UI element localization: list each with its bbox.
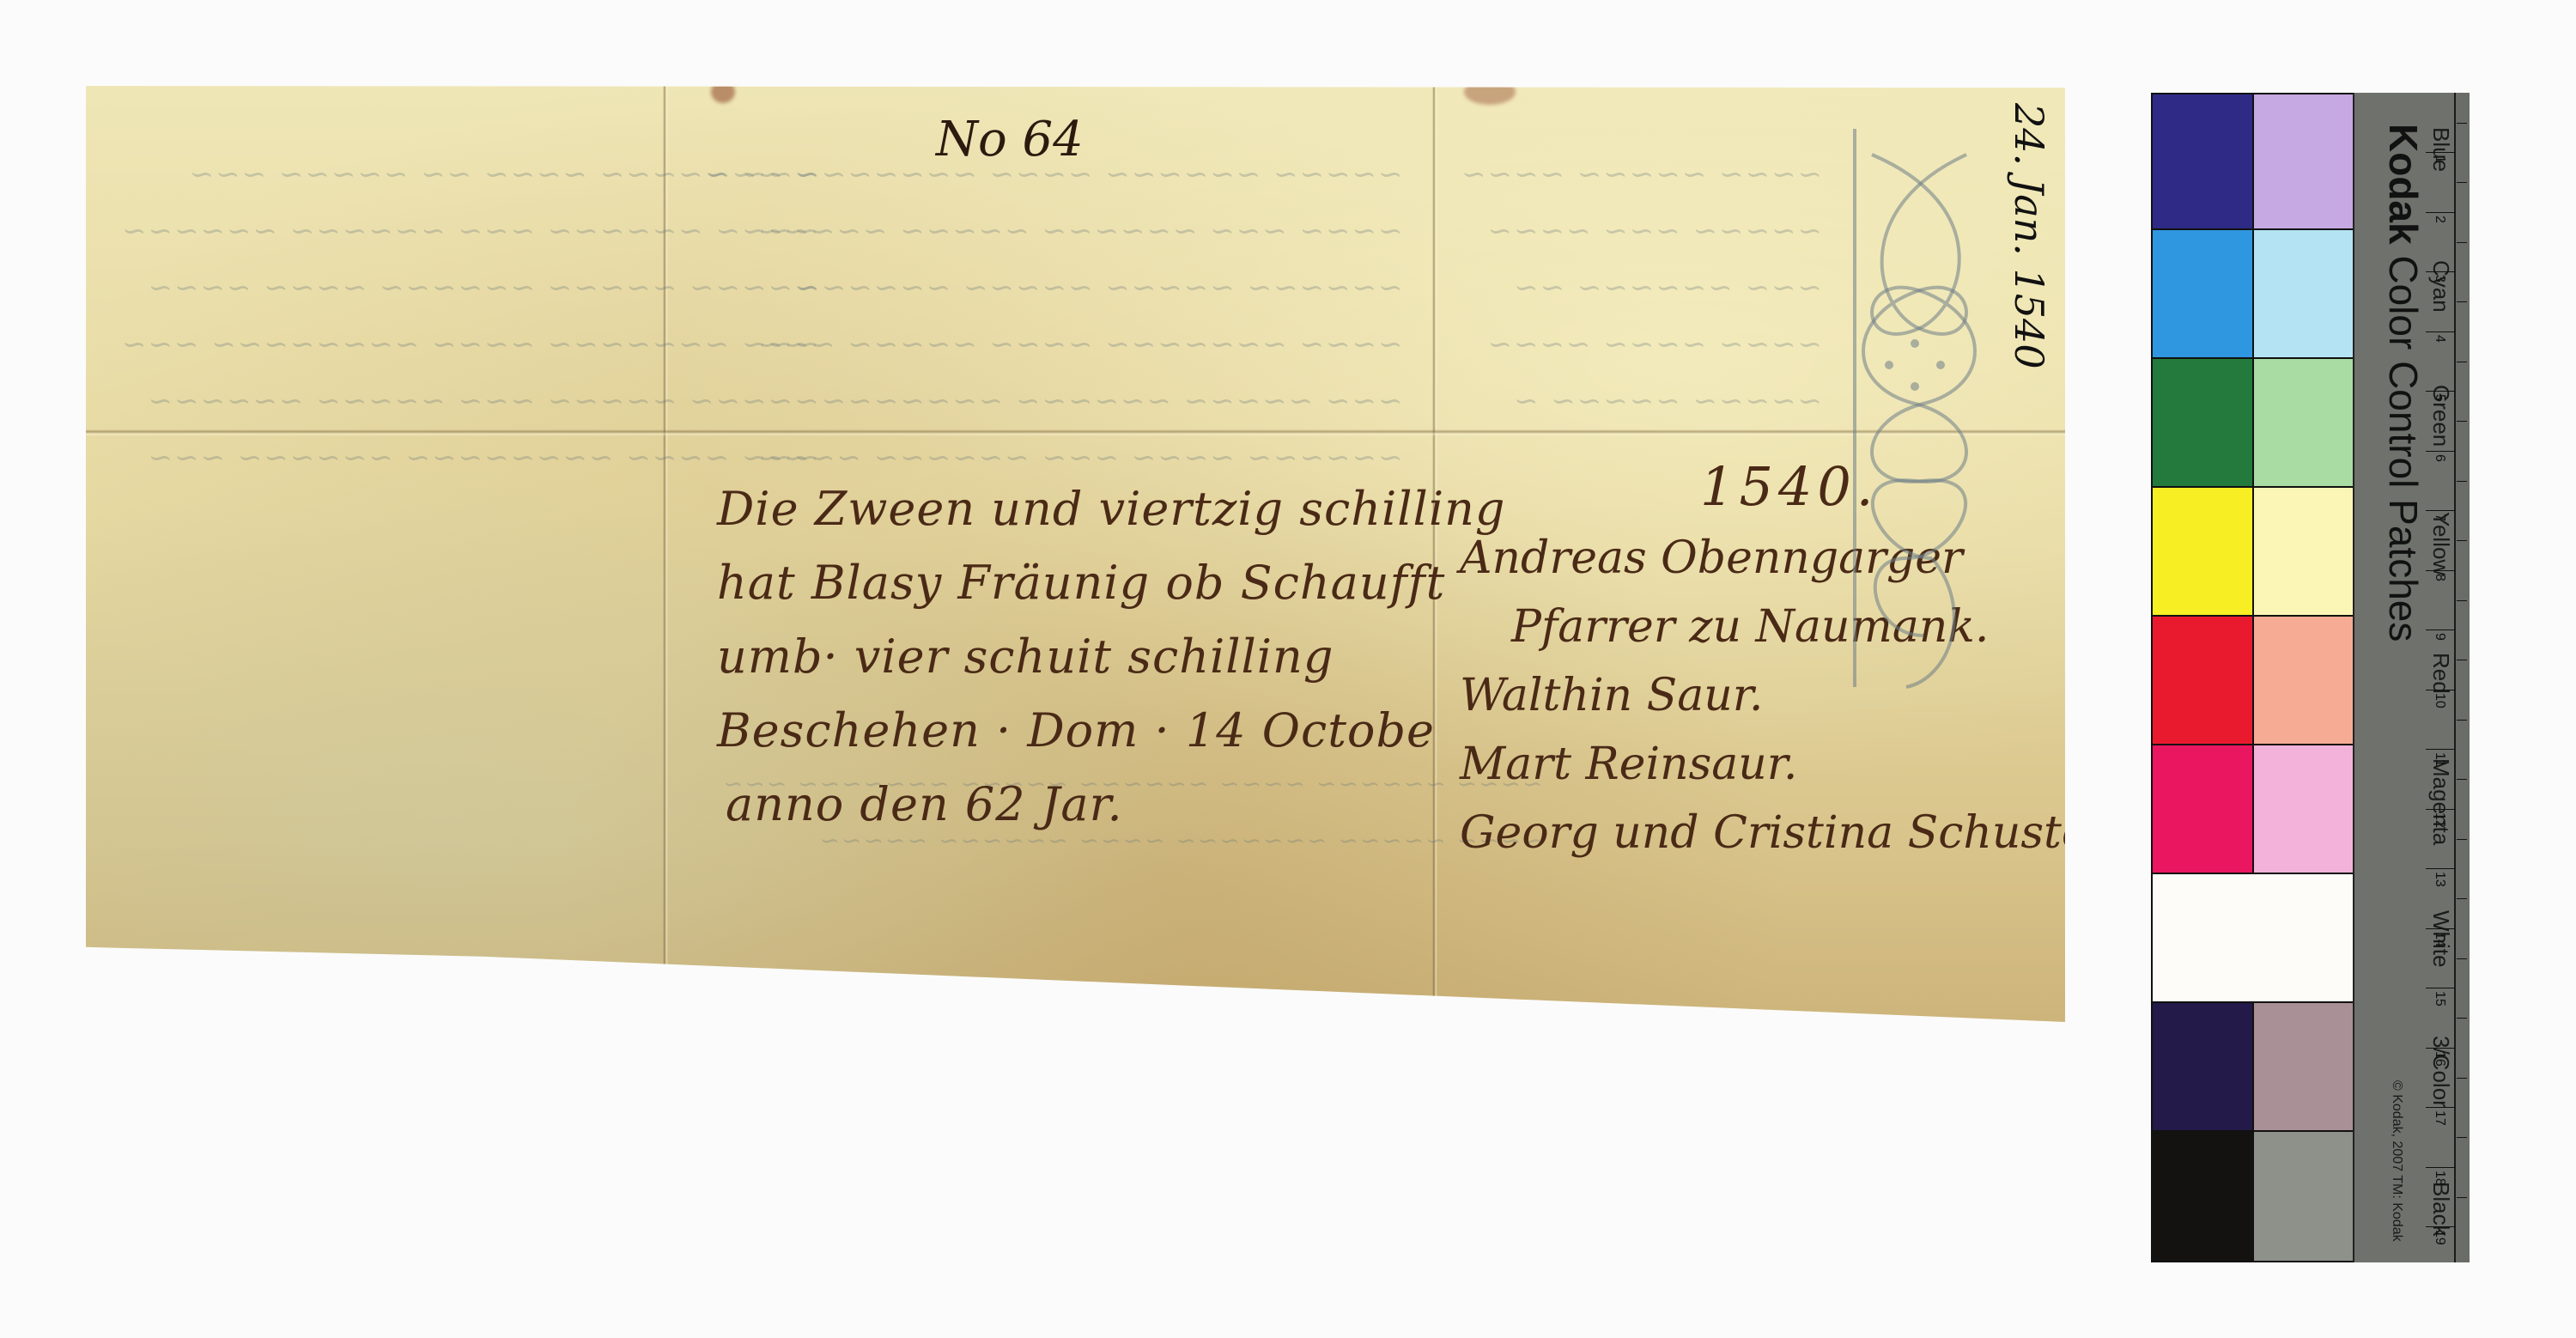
ruler-tick-half: [2457, 301, 2467, 302]
patch-label-yellow: Yellow: [2427, 512, 2454, 575]
patch-yellow-light: [2252, 486, 2354, 617]
patch-red-dark: [2151, 615, 2254, 745]
patch-label-cyan: Cyan: [2427, 260, 2454, 313]
ruler-tick-cm: [2426, 451, 2455, 452]
ruler-tick-half: [2457, 600, 2467, 601]
ruler-cm-label: 3: [2432, 275, 2447, 283]
endorsement-line: Georg und Cristina Schuster.: [1460, 799, 2118, 867]
ruler-tick-cm: [2426, 391, 2455, 392]
ruler-tick-half: [2457, 779, 2467, 780]
patch-blue-light: [2252, 93, 2354, 230]
ruler-tick-half: [2457, 481, 2467, 482]
ruler-tick-cm: [2426, 868, 2455, 869]
ruler-cm-label: 16: [2432, 1051, 2447, 1067]
patch-yellow-dark: [2151, 486, 2254, 617]
endorsement-line: Andreas Obenngarger: [1460, 524, 2118, 593]
endorsement-line: anno den 62 Jar.: [717, 768, 1505, 842]
ruler-tick-cm: [2426, 629, 2455, 630]
ink-stain: [711, 81, 735, 103]
ruler-tick-cm: [2426, 271, 2455, 272]
ruler-tick-cm: [2426, 510, 2455, 511]
ruler-tick-half: [2457, 242, 2467, 243]
ruler-tick-cm: [2426, 570, 2455, 571]
band-text-rotated: Kodak Color Control Patches Blue Cyan Gr…: [2354, 93, 2456, 1262]
ruler-tick-half: [2457, 720, 2467, 721]
patch-blue-dark: [2151, 93, 2254, 230]
ruler-cm-label: 9: [2432, 633, 2447, 641]
ruler-tick-cm: [2426, 1167, 2455, 1168]
ruler-tick-half: [2457, 182, 2467, 183]
endorsement-line: Walthin Saur.: [1460, 661, 2118, 730]
ruler-cm-label: 4: [2432, 335, 2447, 343]
endorsement-line: Beschehen · Dom · 14 Octobe: [717, 694, 1505, 768]
ruler-tick-half: [2457, 362, 2467, 362]
ruler-cm-label: 10: [2432, 693, 2447, 709]
ruler-tick-cm: [2426, 331, 2455, 332]
ruler-tick-half: [2457, 123, 2467, 124]
ruler-cm-label: 17: [2432, 1110, 2447, 1126]
copyright-text: © Kodak, 2007 TM: Kodak: [2389, 1080, 2404, 1242]
ink-stain: [1464, 79, 1516, 105]
patch-magenta-light: [2252, 744, 2354, 874]
patch-3color-dark: [2151, 1001, 2254, 1132]
pencil-flourish-drawing: [1820, 77, 2018, 696]
ruler-cm-label: 5: [2432, 394, 2447, 402]
ruler-tick-half: [2457, 660, 2467, 660]
ruler-cm-label: 12: [2432, 812, 2447, 828]
brand-name: Kodak: [2381, 124, 2426, 245]
ruler-tick-cm: [2426, 152, 2455, 153]
ruler-tick-cm: [2426, 809, 2455, 810]
ruler-cm-label: 6: [2432, 454, 2447, 462]
ruler-tick-cm: [2426, 212, 2455, 213]
patch-column-dark: [2151, 93, 2254, 1262]
ruler-tick-cm: [2426, 988, 2455, 988]
ruler-cm-label: 19: [2432, 1230, 2447, 1245]
ruler-cm-label: 18: [2432, 1171, 2447, 1186]
ruler-tick-cm: [2426, 1107, 2455, 1108]
patch-green-dark: [2151, 357, 2254, 488]
ruler-cm-label: 13: [2432, 872, 2447, 887]
endorsement-right: Andreas Obenngarger Pfarrer zu Naumank. …: [1460, 524, 2118, 867]
ruler-cm-label: 11: [2432, 752, 2447, 767]
ruler-cm-label: 14: [2432, 932, 2447, 947]
patch-label-blue: Blue: [2427, 127, 2454, 172]
endorsement-line: Mart Reinsaur.: [1460, 730, 2118, 799]
ruler-tick-cm: [2426, 690, 2455, 690]
chart-title-text: Color Control Patches: [2381, 255, 2426, 642]
ruler-scale: [2454, 93, 2470, 1262]
ruler-tick-half: [2457, 1197, 2467, 1198]
scan-canvas: ~~~ ~~~~~ ~~~~ ~~ ~~~~~ ~~~ ~~~~ ~~~~~~ …: [0, 0, 2576, 1338]
ruler-tick-half: [2457, 1078, 2467, 1079]
patch-cyan-light: [2252, 228, 2354, 359]
ruler-tick-cm: [2426, 749, 2455, 750]
ruler-cm-label: 7: [2432, 514, 2447, 521]
archive-number-mark: No 64: [936, 112, 1084, 167]
patch-3color-light: [2252, 1001, 2354, 1132]
patch-red-light: [2252, 615, 2354, 745]
patch-column-light: [2252, 93, 2354, 1262]
ruler-cm-label: 15: [2432, 991, 2447, 1007]
ruler-tick-half: [2457, 1018, 2467, 1019]
ruler-tick-cm: [2426, 1048, 2455, 1049]
chart-title: Kodak Color Control Patches: [2380, 124, 2427, 642]
ruler-tick-cm: [2426, 1226, 2455, 1227]
patch-label-magenta: Magenta: [2427, 758, 2454, 845]
patch-green-light: [2252, 357, 2354, 488]
patch-black-light: [2252, 1130, 2354, 1262]
ruler-cm-label: 2: [2432, 216, 2447, 223]
patch-magenta-dark: [2151, 744, 2254, 874]
endorsement-line: Die Zween und viertzig schilling: [717, 472, 1505, 546]
bleed-through-text: ~~~~~ ~~~~~~ ~~~~ ~~~~~~~ ~~~ ~~~~ ~~~ ~…: [704, 146, 1402, 486]
endorsement-left: Die Zween und viertzig schilling hat Bla…: [717, 472, 1505, 842]
endorsement-line: hat Blasy Fräunig ob Schaufft: [717, 546, 1505, 620]
endorsement-line: Pfarrer zu Naumank.: [1460, 593, 2118, 661]
patch-label-3color: 3/Color: [2427, 1036, 2454, 1108]
bleed-through-text: ~~~~ ~~~~~ ~~~~ ~~~~~ ~~~ ~~~~ ~~~ ~~~~~…: [1460, 146, 1822, 429]
ruler-tick-half: [2457, 898, 2467, 899]
chart-label-band: Kodak Color Control Patches Blue Cyan Gr…: [2353, 93, 2454, 1262]
endorsement-line: umb· vier schuit schilling: [717, 620, 1505, 694]
patch-white: [2252, 873, 2354, 1003]
ruler-tick-half: [2457, 540, 2467, 541]
ruler-tick-cm: [2426, 928, 2455, 929]
patch-label-red: Red: [2427, 653, 2454, 694]
parchment-document: ~~~ ~~~~~ ~~~~ ~~ ~~~~~ ~~~ ~~~~ ~~~~~~ …: [86, 86, 2065, 1022]
patch-black-dark: [2151, 1130, 2254, 1262]
ruler-tick-half: [2457, 421, 2467, 422]
kodak-color-control-patches: Kodak Color Control Patches Blue Cyan Gr…: [2151, 93, 2464, 1262]
ruler-tick-half: [2457, 1137, 2467, 1138]
ruler-tick-half: [2457, 839, 2467, 840]
ruler-tick-half: [2457, 958, 2467, 959]
patch-white: [2151, 873, 2254, 1003]
patch-cyan-dark: [2151, 228, 2254, 359]
ruler-cm-label: 1: [2432, 155, 2447, 163]
patch-label-black: Black: [2427, 1182, 2454, 1237]
ruler-cm-label: 8: [2432, 574, 2447, 581]
